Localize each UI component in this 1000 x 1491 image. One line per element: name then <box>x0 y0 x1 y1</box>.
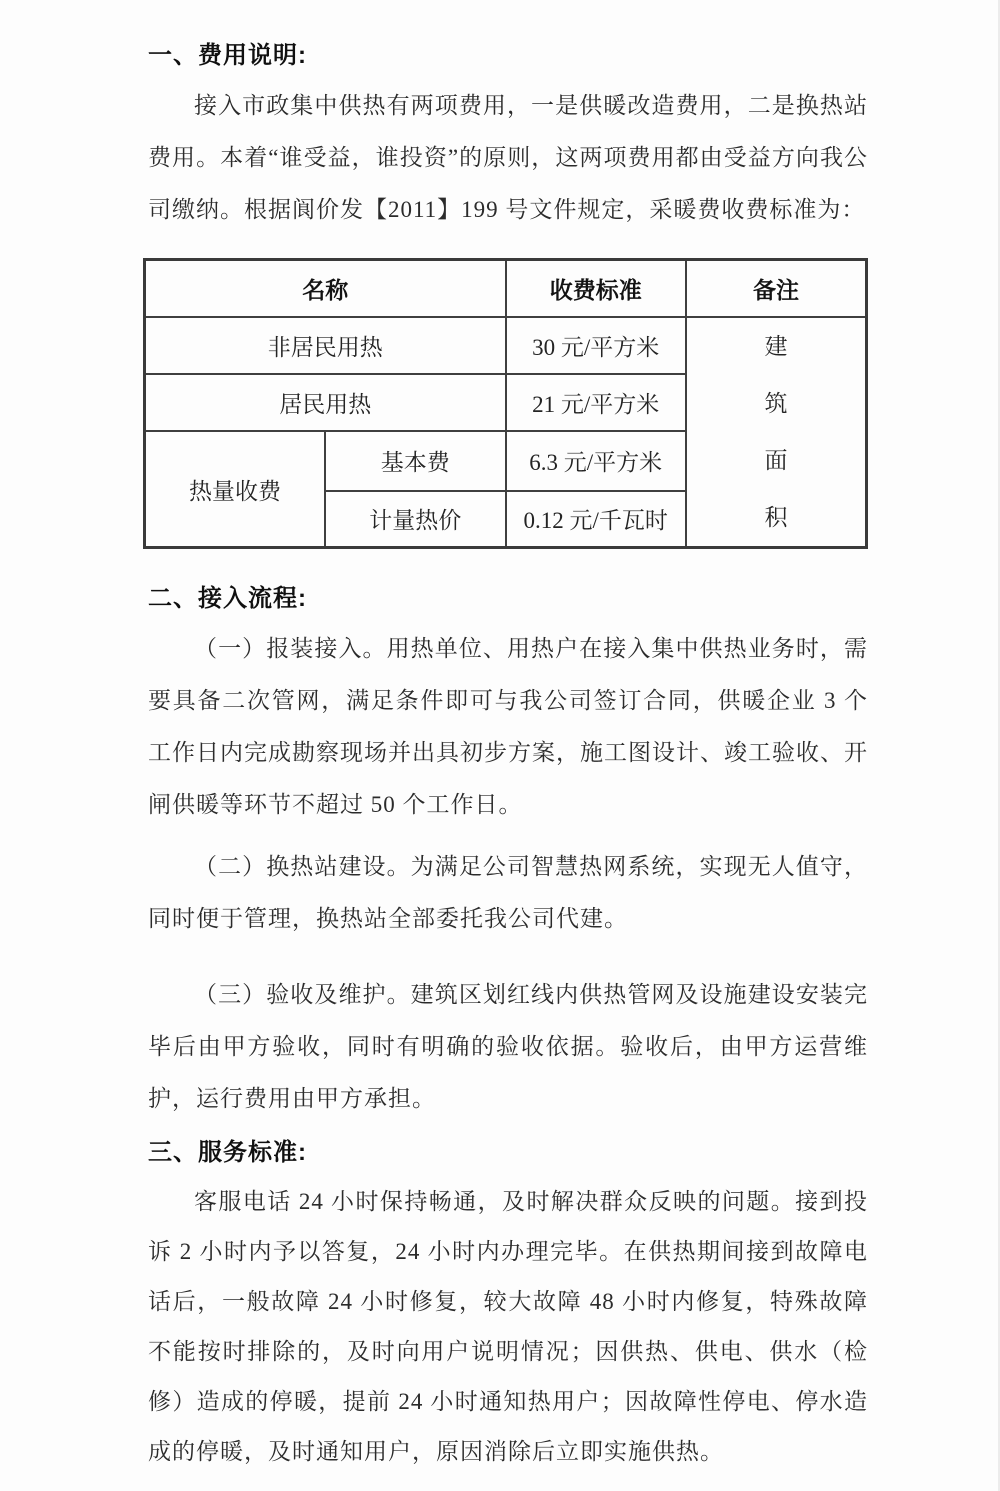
cell-note-building-area: 建 筑 面 积 <box>686 317 867 548</box>
fee-table: 名称 收费标准 备注 非居民用热 30 元/平方米 建 筑 面 积 居民用热 <box>143 258 868 549</box>
cell-metered-price-standard: 0.12 元/千瓦时 <box>506 491 687 548</box>
document-page: { "page": { "background": "#fdfdfd", "te… <box>0 0 1000 1491</box>
note-char: 面 <box>687 432 865 489</box>
cell-resident-name: 居民用热 <box>145 374 506 431</box>
fee-table-row-non-resident: 非居民用热 30 元/平方米 建 筑 面 积 <box>145 317 867 374</box>
paragraph-service-standard: 客服电话 24 小时保持畅通，及时解决群众反映的问题。接到投诉 2 小时内予以答… <box>148 1177 868 1477</box>
fee-table-header-name: 名称 <box>145 260 506 318</box>
note-char: 建 <box>687 318 865 375</box>
paragraph-process-step-1: （一）报装接入。用热单位、用热户在接入集中供热业务时，需要具备二次管网，满足条件… <box>148 623 868 831</box>
section-fee-description: 一、费用说明: 接入市政集中供热有两项费用，一是供暖改造费用，二是换热站费用。本… <box>148 40 868 549</box>
cell-resident-standard: 21 元/平方米 <box>506 374 687 431</box>
paragraph-process-step-2: （二）换热站建设。为满足公司智慧热网系统，实现无人值守，同时便于管理，换热站全部… <box>148 841 868 945</box>
fee-table-header-note: 备注 <box>686 260 867 318</box>
paragraph-fee-description: 接入市政集中供热有两项费用，一是供暖改造费用，二是换热站费用。本着“谁受益，谁投… <box>148 80 868 236</box>
section-access-process: 二、接入流程: （一）报装接入。用热单位、用热户在接入集中供热业务时，需要具备二… <box>148 583 868 1125</box>
document-body: 一、费用说明: 接入市政集中供热有两项费用，一是供暖改造费用，二是换热站费用。本… <box>0 0 998 1477</box>
fee-table-header-standard: 收费标准 <box>506 260 687 318</box>
section-service-standard: 三、服务标准: 客服电话 24 小时保持畅通，及时解决群众反映的问题。接到投诉 … <box>148 1137 868 1477</box>
note-char: 积 <box>687 489 865 546</box>
paragraph-process-step-3: （三）验收及维护。建筑区划红线内供热管网及设施建设安装完毕后由甲方验收，同时有明… <box>148 969 868 1125</box>
cell-basic-fee-standard: 6.3 元/平方米 <box>506 431 687 491</box>
cell-non-resident-name: 非居民用热 <box>145 317 506 374</box>
heading-service-standard: 三、服务标准: <box>148 1137 868 1169</box>
cell-non-resident-standard: 30 元/平方米 <box>506 317 687 374</box>
heading-fee-description: 一、费用说明: <box>148 40 868 72</box>
note-char: 筑 <box>687 375 865 432</box>
cell-metered-price-name: 计量热价 <box>325 491 506 548</box>
cell-heat-metering-group: 热量收费 <box>145 431 326 548</box>
cell-basic-fee-name: 基本费 <box>325 431 506 491</box>
fee-table-header-row: 名称 收费标准 备注 <box>145 260 867 318</box>
heading-access-process: 二、接入流程: <box>148 583 868 615</box>
